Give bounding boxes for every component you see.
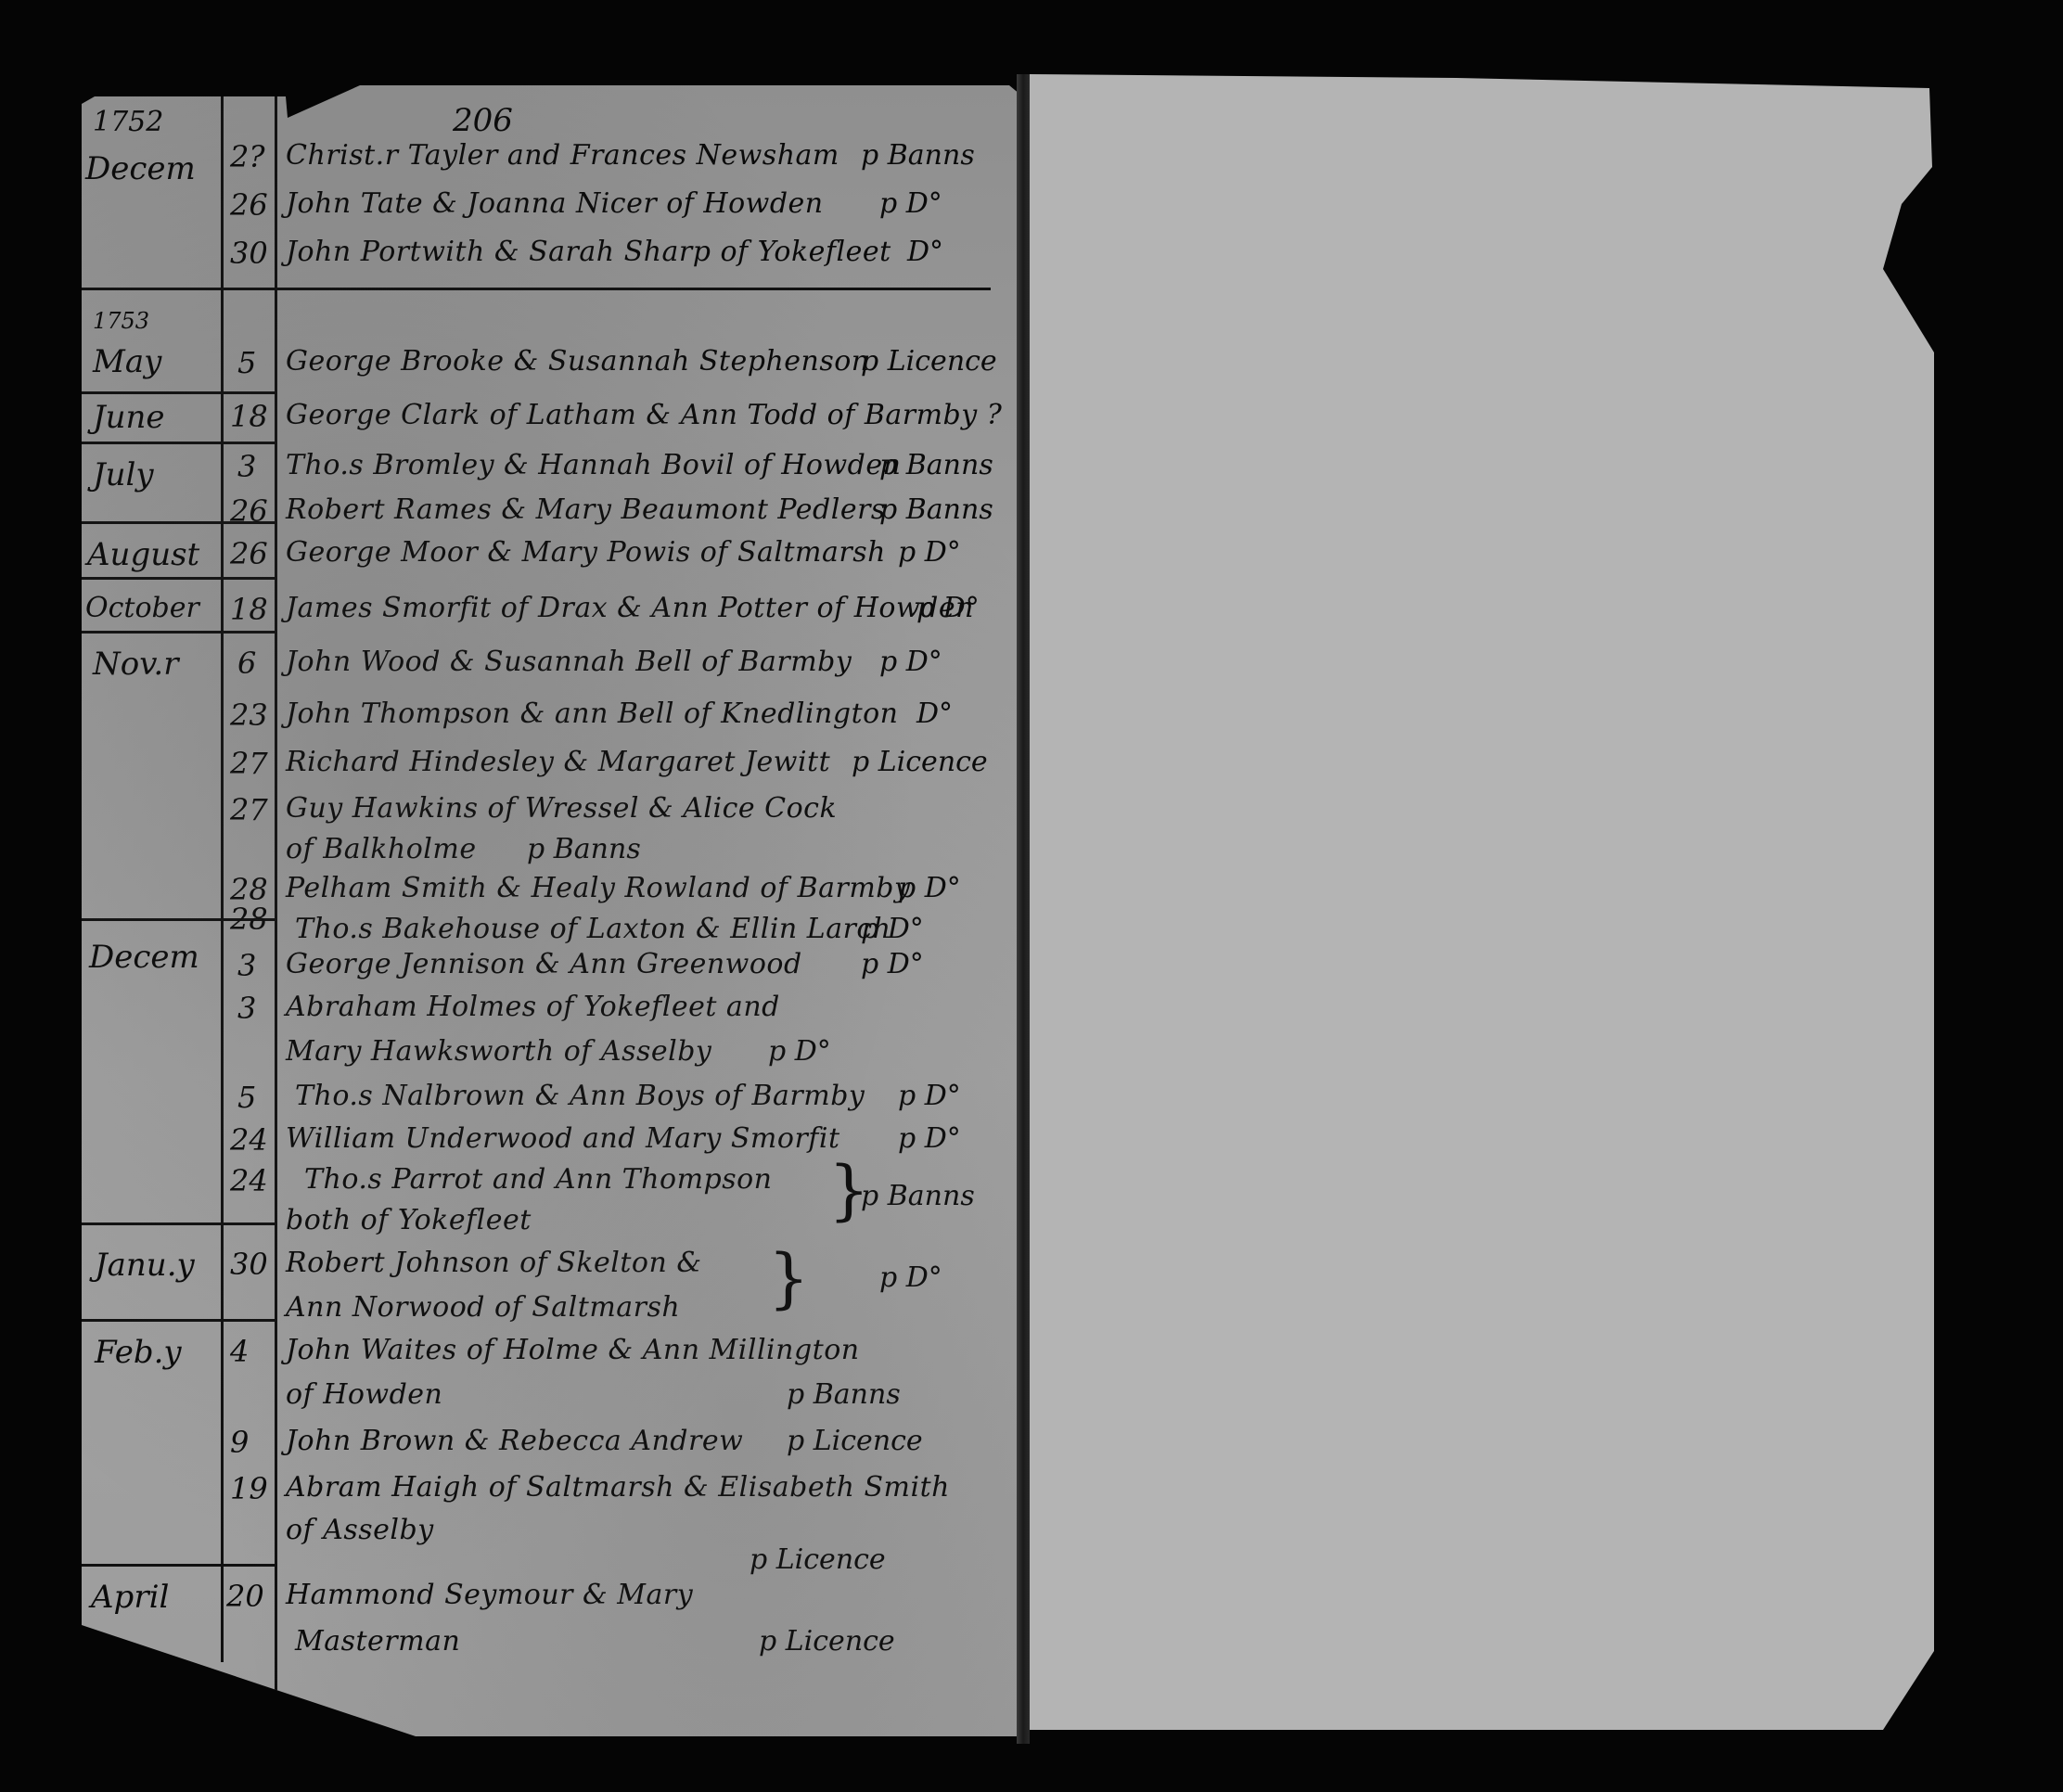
day-label: 9 [230, 1425, 249, 1460]
register-entry-continued: Masterman [295, 1625, 460, 1658]
month-label: Janu.y [95, 1247, 195, 1284]
day-label: 27 [230, 792, 268, 827]
register-entry-continued: both of Yokefleet [286, 1204, 532, 1236]
register-entry: George Brooke & Susannah Stephenson [286, 345, 870, 378]
register-entry: Robert Johnson of Skelton & [286, 1247, 702, 1279]
day-label: 20 [226, 1579, 264, 1614]
register-entry: William Underwood and Mary Smorfit [286, 1122, 840, 1155]
month-label: Decem [85, 150, 196, 187]
day-label: 26 [230, 493, 268, 529]
day-label: 30 [230, 1247, 268, 1282]
entry-method: p D° [898, 872, 961, 904]
register-entry-continued: Ann Norwood of Saltmarsh [286, 1291, 680, 1324]
register-entry: Abram Haigh of Saltmarsh & Elisabeth Smi… [286, 1471, 950, 1504]
register-entry: Tho.s Bakehouse of Laxton & Ellin Larch [295, 913, 891, 945]
month-label: Decem [89, 939, 199, 976]
month-label: July [93, 456, 154, 493]
entry-method: p D° [898, 536, 961, 569]
day-label: 18 [230, 399, 268, 434]
register-entry: John Thompson & ann Bell of Knedlington [286, 698, 899, 730]
month-label: Feb.y [95, 1334, 182, 1371]
month-label: August [87, 536, 199, 573]
section-divider [82, 631, 276, 634]
entry-method: p Banns [879, 493, 993, 526]
day-label: 24 [230, 1122, 268, 1158]
entry-method: p D° [898, 1122, 961, 1155]
page-number: 206 [453, 102, 513, 139]
section-divider [82, 1319, 276, 1322]
year-1753: 1753 [93, 308, 149, 334]
day-label: 2? [230, 139, 265, 174]
section-divider [82, 1222, 276, 1225]
day-label: 18 [230, 592, 268, 627]
section-divider [82, 577, 276, 580]
day-label: 19 [230, 1471, 268, 1506]
register-entry: Hammond Seymour & Mary [286, 1579, 693, 1611]
month-label: June [93, 399, 165, 436]
entry-method: p Banns [527, 833, 641, 865]
register-entry: John Wood & Susannah Bell of Barmby [286, 646, 852, 678]
entry-method: p D° [916, 592, 980, 624]
entry-method: p Banns [861, 139, 975, 172]
entry-method: p Banns [787, 1378, 901, 1411]
entry-method: p Licence [787, 1425, 923, 1457]
register-entry: James Smorfit of Drax & Ann Potter of Ho… [286, 592, 974, 624]
register-entry: Tho.s Bromley & Hannah Bovil of Howden [286, 449, 901, 481]
day-label: 3 [237, 449, 256, 484]
entry-method: p Licence [750, 1543, 886, 1576]
day-label: 26 [230, 187, 268, 223]
day-label: 30 [230, 236, 268, 271]
register-entry: Richard Hindesley & Margaret Jewitt [286, 746, 830, 778]
day-column-divider [275, 85, 277, 1718]
entry-method: p D° [861, 913, 924, 945]
right-blank-page [1030, 74, 1934, 1730]
entry-method: p D° [879, 187, 942, 220]
brace-glyph: } [768, 1240, 810, 1316]
section-divider [82, 1564, 276, 1567]
month-column-divider [221, 85, 224, 1662]
entry-method: p D° [861, 948, 924, 980]
entry-method: p Banns [861, 1180, 975, 1212]
month-label: October [85, 592, 199, 624]
register-entry-continued: of Balkholme [286, 833, 477, 865]
day-label: 5 [237, 345, 256, 380]
day-label: 28 [230, 902, 268, 937]
register-entry: George Moor & Mary Powis of Saltmarsh [286, 536, 886, 569]
day-label: 4 [230, 1334, 249, 1369]
register-entry: Tho.s Parrot and Ann Thompson [304, 1163, 773, 1196]
day-label: 27 [230, 746, 268, 781]
day-label: 5 [237, 1080, 256, 1115]
entry-method: p Licence [852, 746, 988, 778]
entry-method: D° [916, 698, 953, 730]
register-entry: Guy Hawkins of Wressel & Alice Cock [286, 792, 837, 825]
year-1752: 1752 [93, 106, 163, 138]
register-entry: Abraham Holmes of Yokefleet and [286, 991, 780, 1023]
register-entry: Christ.r Tayler and Frances Newsham [286, 139, 839, 172]
register-entry: John Tate & Joanna Nicer of Howden [286, 187, 824, 220]
register-entry: John Portwith & Sarah Sharp of Yokefleet [286, 236, 891, 268]
day-label: 24 [230, 1163, 268, 1198]
register-entry: George Jennison & Ann Greenwood [286, 948, 802, 980]
month-label: May [93, 343, 161, 380]
day-label: 3 [237, 948, 256, 983]
register-entry: Pelham Smith & Healy Rowland of Barmby [286, 872, 910, 904]
register-entry: Tho.s Nalbrown & Ann Boys of Barmby [295, 1080, 865, 1112]
day-label: 23 [230, 698, 268, 733]
entry-method: p Banns [879, 449, 993, 481]
entry-method: p Licence [861, 345, 997, 378]
register-entry: George Clark of Latham & Ann Todd of Bar… [286, 399, 1002, 431]
section-divider [82, 391, 276, 394]
left-register-page: 1752 206 Decem 2? Christ.r Tayler and Fr… [82, 85, 1020, 1736]
register-entry: John Waites of Holme & Ann Millington [286, 1334, 860, 1366]
month-label: April [91, 1579, 169, 1616]
day-label: 26 [230, 536, 268, 571]
month-label: Nov.r [93, 646, 178, 683]
book-gutter [1017, 74, 1030, 1744]
entry-method: p D° [879, 1261, 942, 1294]
register-entry-continued: Mary Hawksworth of Asselby [286, 1035, 711, 1068]
section-divider [82, 288, 991, 290]
entry-method: D° [907, 236, 943, 268]
day-label: 3 [237, 991, 256, 1026]
register-entry: Robert Rames & Mary Beaumont Pedlers [286, 493, 886, 526]
section-divider [82, 442, 276, 444]
register-entry-continued: of Asselby [286, 1514, 434, 1546]
register-entry: John Brown & Rebecca Andrew [286, 1425, 743, 1457]
entry-method: p D° [898, 1080, 961, 1112]
register-entry-continued: of Howden [286, 1378, 442, 1411]
entry-method: p D° [879, 646, 942, 678]
entry-method: p D° [768, 1035, 831, 1068]
day-label: 6 [237, 646, 256, 681]
entry-method: p Licence [759, 1625, 895, 1658]
